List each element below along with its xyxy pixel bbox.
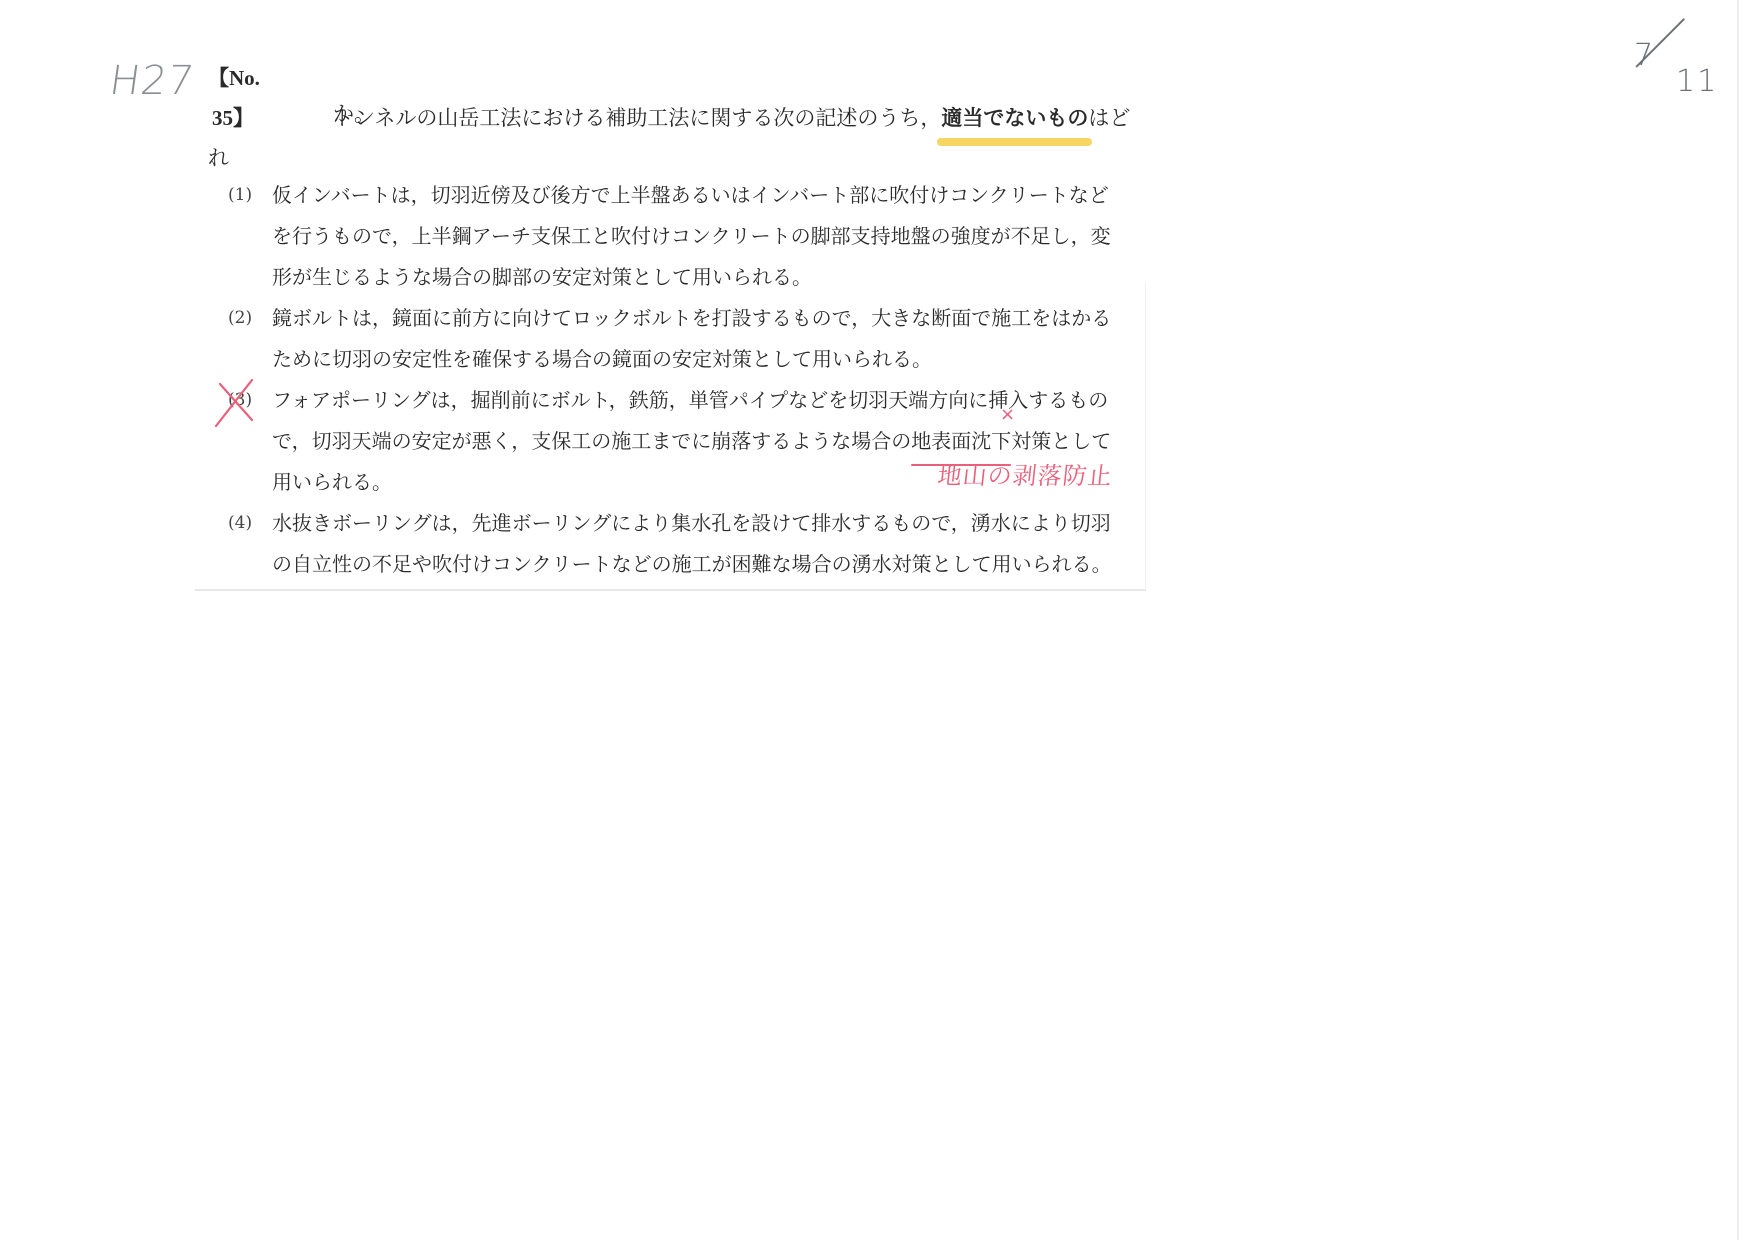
choice-4: (4) 水抜きボーリングは，先進ボーリングにより集水孔を設けて排水するもので，湧… [228, 503, 1128, 585]
choice-label: (1) [228, 175, 252, 216]
choice-text-segment: 対策として [1011, 429, 1111, 453]
handwritten-date-note: 7 11 [1630, 38, 1710, 98]
choice-2: (2) 鏡ボルトは，鏡面に前方に向けてロックボルトを打設するもので，大きな断面で… [228, 298, 1128, 380]
question-text-line2: か。 [333, 98, 375, 128]
question-emphasis: 適当でないもの [941, 98, 1088, 138]
question-text-before: トンネルの山岳工法における補助工法に関する次の記述のうち， [333, 106, 941, 130]
choice-label: (4) [228, 503, 252, 544]
question-number-prefix: 【No. [208, 66, 260, 90]
yellow-highlight-mark [937, 138, 1092, 146]
handwritten-correction: 地山の剥落防止 [936, 456, 1115, 491]
small-x-mark-icon: × [1000, 404, 1015, 425]
choice-text-line: の自立性の不足や吹付けコンクリートなどの施工が困難な場合の湧水対策として用いられ… [272, 544, 1128, 585]
choice-text-line: 鏡ボルトは，鏡面に前方に向けてロックボルトを打設するもので，大きな断面で施工をは… [272, 298, 1128, 339]
question-number: 【No.35】 [208, 58, 333, 138]
date-month: 7 [1634, 38, 1653, 73]
red-cross-mark-icon [212, 378, 256, 428]
choices-list: (1) 仮インバートは，切羽近傍及び後方で上半盤あるいはインバート部に吹付けコン… [228, 175, 1128, 585]
choice-1: (1) 仮インバートは，切羽近傍及び後方で上半盤あるいはインバート部に吹付けコン… [228, 175, 1128, 298]
question-number-value: 35】 [212, 106, 254, 130]
choice-text-line: 形が生じるような場合の脚部の安定対策として用いられる。 [272, 257, 1128, 298]
choice-text-line: ために切羽の安定性を確保する場合の鏡面の安定対策として用いられる。 [272, 339, 1128, 380]
page-edge-line [1737, 0, 1739, 1240]
choice-text-segment: で，切羽天端の安定が悪く，支保工の施工までに崩落するような場合の [272, 429, 911, 453]
choice-text-line: を行うもので，上半鋼アーチ支保工と吹付けコンクリートの脚部支持地盤の強度が不足し… [272, 216, 1128, 257]
choice-label: (2) [228, 298, 252, 339]
handwritten-year-note: H27 [107, 58, 197, 104]
question-emphasis-text: 適当でないもの [941, 105, 1088, 130]
date-day: 11 [1676, 64, 1718, 99]
choice-text-line: 水抜きボーリングは，先進ボーリングにより集水孔を設けて排水するもので，湧水により… [272, 503, 1128, 544]
choice-text-line: 仮インバートは，切羽近傍及び後方で上半盤あるいはインバート部に吹付けコンクリート… [272, 175, 1128, 216]
